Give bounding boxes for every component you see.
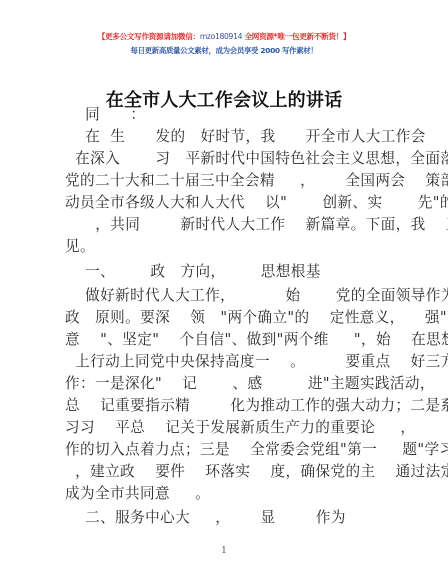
body-line: 党的二十大和二十届三中全会精 ， 全国两会 策部 ，	[65, 172, 448, 190]
body-line: ，建立政 要件 环落实 度，确保党的主 通过法定程序	[65, 463, 448, 481]
body-line: 在深入 习 平新时代中国特色社会主义思想，全面落实	[65, 150, 448, 168]
promo-banner-line2: 每日更新高质量公文素材，成为会员享受 2000 写作素材！	[0, 45, 448, 56]
body-line: 在 生 发的 好时节，我 开全市人大工作会 ，	[65, 128, 448, 146]
body-line: ，共同 新时代人大工作 新篇章。下面，我 三点意	[65, 216, 448, 234]
promo-text-suffix: 全网资源*唯一包更新不断货！】	[242, 32, 350, 41]
body-line: 成为全市共同意 。	[65, 485, 210, 503]
page-number: 1	[0, 546, 448, 556]
body-line: 做好新时代人大工作， 始 党的全面领导作为最高	[65, 287, 448, 305]
body-line: 见。	[65, 238, 95, 256]
salutation-line: 同 ：	[65, 106, 145, 124]
body-line: 习习 平总 记关于发展新质生产力的重要论 ， 人大工	[65, 419, 448, 437]
wechat-id: mzo180914	[200, 32, 242, 41]
promo-banner-line1: 【更多公文写作资源请加微信：mzo180914 全网资源*唯一包更新不断货！】	[0, 31, 448, 42]
body-line: 政 原则。要深 领 "两个确立"的 定性意义， 强" 个	[65, 309, 448, 327]
body-line: 作的切入点着力点；三是 全常委会党组"第一 题"学习	[65, 441, 448, 459]
body-line: 作：一是深化" 记 、感 进"主题实践活动， 习 平	[65, 375, 448, 393]
body-line: 意 "、坚定" 个自信"、做到"两个维 "，始 在思想上政	[65, 331, 448, 349]
body-line: 动员全市各级人大和人大代 以" 创新、实 先"的	[65, 194, 448, 212]
section-heading-1: 一、 政 方向， 思想根基	[65, 263, 321, 281]
body-line: 上行动上同党中央保持高度一 。 要重点 好三方面工	[65, 353, 448, 371]
body-line: 总 记重要指示精 化为推动工作的强大动力；二是系统学	[65, 397, 448, 415]
promo-text-prefix: 【更多公文写作资源请加微信：	[98, 32, 200, 41]
document-page: 【更多公文写作资源请加微信：mzo180914 全网资源*唯一包更新不断货！】 …	[0, 0, 448, 580]
section-heading-2: 二、服务中心大 ， 显 作为	[65, 509, 346, 527]
